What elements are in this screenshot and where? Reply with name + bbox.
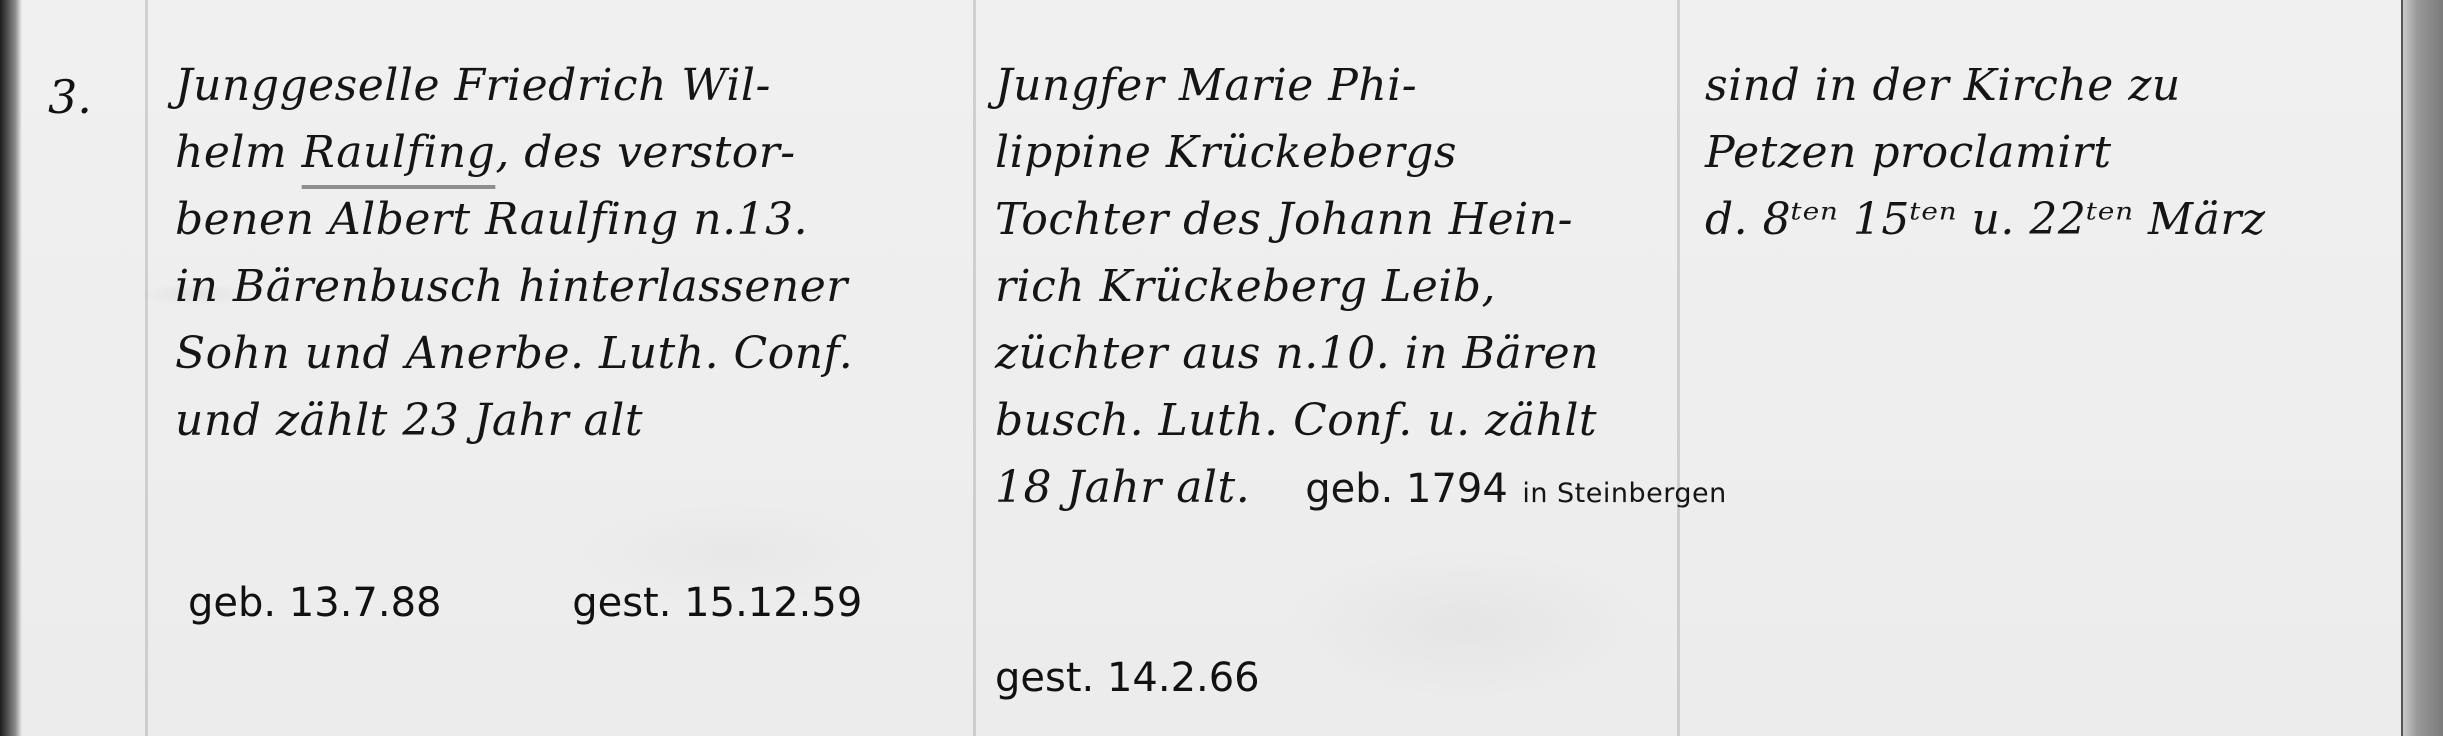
bride-death-annotation: gest. 14.2.66 xyxy=(995,655,1260,701)
proclamation-line: d. 8ᵗᵉⁿ 15ᵗᵉⁿ u. 22ᵗᵉⁿ März xyxy=(1705,186,2345,253)
bride-line: Jungfer Marie Phi- xyxy=(995,52,1675,119)
bride-line: Tochter des Johann Hein- xyxy=(995,186,1675,253)
proclamation-line: sind in der Kirche zu xyxy=(1705,52,2345,119)
bride-line: 18 Jahr alt. geb. 1794 in Steinbergen xyxy=(995,454,1675,527)
bride-annotations: gest. 14.2.66 xyxy=(995,655,1260,701)
groom-birth-annotation: geb. 13.7.88 xyxy=(188,580,442,626)
bride-line: busch. Luth. Conf. u. zählt xyxy=(995,387,1675,454)
groom-death-annotation: gest. 15.12.59 xyxy=(572,580,862,626)
groom-line: Sohn und Anerbe. Luth. Conf. xyxy=(175,320,965,387)
bride-birth-annotation: geb. 1794 xyxy=(1305,466,1508,512)
groom-annotations: geb. 13.7.88 gest. 15.12.59 xyxy=(188,580,862,626)
bride-line: züchter aus n.10. in Bären xyxy=(995,320,1675,387)
book-binding-shadow xyxy=(0,0,22,736)
proclamation-line: Petzen proclamirt xyxy=(1705,119,2345,186)
groom-column: Junggeselle Friedrich Wil- helm Raulfing… xyxy=(175,52,965,454)
register-page: 3. Junggeselle Friedrich Wil- helm Raulf… xyxy=(0,0,2443,736)
groom-line-suffix: , des verstor- xyxy=(495,127,795,178)
groom-line: helm Raulfing, des verstor- xyxy=(175,119,965,186)
column-rule xyxy=(1677,0,1680,736)
groom-line: benen Albert Raulfing n.13. xyxy=(175,186,965,253)
column-rule xyxy=(973,0,976,736)
groom-line: Junggeselle Friedrich Wil- xyxy=(175,52,965,119)
bride-line: lippine Krückebergs xyxy=(995,119,1675,186)
proclamation-column: sind in der Kirche zu Petzen proclamirt … xyxy=(1705,52,2345,253)
bride-line: rich Krückeberg Leib, xyxy=(995,253,1675,320)
groom-line-prefix: helm xyxy=(175,127,302,178)
bride-birthplace-annotation: in Steinbergen xyxy=(1522,478,1726,509)
groom-surname-underlined: Raulfing xyxy=(302,127,496,178)
groom-line: und zählt 23 Jahr alt xyxy=(175,387,965,454)
entry-number: 3. xyxy=(48,70,92,124)
column-rule xyxy=(145,0,148,736)
page-edge xyxy=(2401,0,2443,736)
bride-column: Jungfer Marie Phi- lippine Krückebergs T… xyxy=(995,52,1675,527)
groom-line: in Bärenbusch hinterlassener xyxy=(175,253,965,320)
bride-age-text: 18 Jahr alt. xyxy=(995,462,1250,513)
